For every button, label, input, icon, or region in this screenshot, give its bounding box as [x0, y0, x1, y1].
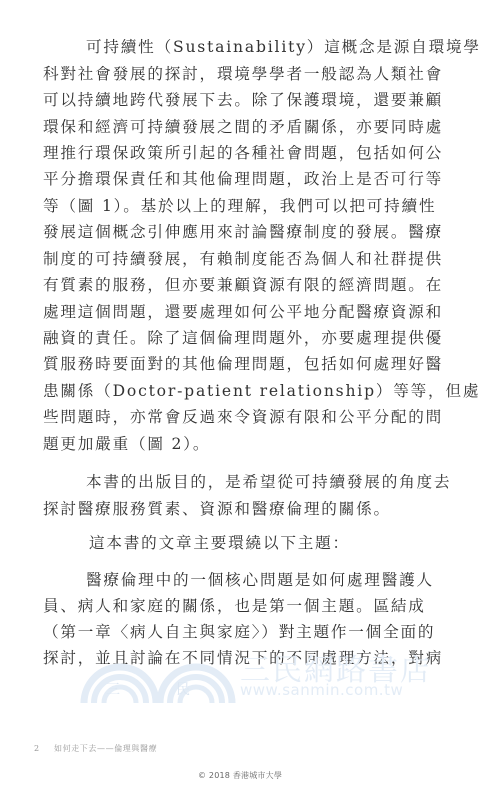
text-line: 員、病人和家庭的關係，也是第一個主題。區結成: [43, 596, 377, 616]
text-line: 質服務時要面對的其他倫理問題，包括如何處理好醫: [43, 354, 377, 374]
text-line: 環保和經濟可持續發展之間的矛盾關係，亦要同時處: [43, 117, 377, 137]
watermark-url: www.sanmin.com.tw: [240, 681, 403, 699]
text-line: 題更加嚴重（圖 2）。: [43, 434, 377, 454]
watermark-char-min: 民: [176, 679, 190, 699]
text-line: 些問題時，亦常會反過來令資源有限和公平分配的問: [43, 407, 377, 427]
page-number: 2: [34, 744, 54, 753]
watermark-char-san: 三: [106, 679, 120, 699]
text-line: 處理這個問題，還要處理如何公平地分配醫療資源和: [43, 302, 377, 322]
running-footer: 2如何走下去——倫理與醫療: [34, 743, 157, 754]
text-line: 有質素的服務，但亦要兼顧資源有限的經濟問題。在: [43, 275, 377, 295]
text-line: 可以持續地跨代發展下去。除了保護環境，還要兼顧: [43, 90, 377, 110]
text-line: 理推行環保政策所引起的各種社會問題，包括如何公: [43, 143, 377, 163]
text-line: 可持續性（Sustainability）這概念是源自環境學: [86, 37, 377, 57]
text-line: 等（圖 1）。基於以上的理解，我們可以把可持續性: [43, 196, 377, 216]
copyright-notice: © 2018 香港城市大學: [0, 770, 480, 781]
text-line: 患關係（Doctor-patient relationship）等等，但處理這: [43, 381, 377, 401]
text-line: 融資的責任。除了這個倫理問題外，亦要處理提供優: [43, 328, 377, 348]
text-line: 科對社會發展的探討，環境學學者一般認為人類社會: [43, 64, 377, 84]
text-line: 醫療倫理中的一個核心問題是如何處理醫護人: [86, 570, 377, 590]
text-line: 探討，並且討論在不同情況下的不同處理方法，對病: [43, 648, 377, 668]
book-page: 可持續性（Sustainability）這概念是源自環境學 科對社會發展的探討，…: [0, 0, 480, 800]
text-line: 這本書的文章主要環繞以下主題：: [89, 533, 423, 553]
text-line: 平分擔環保責任和其他倫理問題，政治上是否可行等: [43, 169, 377, 189]
text-line: 探討醫療服務質素、資源和醫療倫理的關係。: [43, 499, 377, 519]
text-line: （第一章〈病人自主與家庭〉）對主題作一個全面的: [43, 622, 377, 642]
text-line: 制度的可持續發展，有賴制度能否為個人和社群提供: [43, 249, 377, 269]
text-line: 本書的出版目的，是希望從可持續發展的角度去: [86, 472, 377, 492]
running-title: 如何走下去——倫理與醫療: [54, 744, 157, 753]
text-line: 發展這個概念引伸應用來討論醫療制度的發展。醫療: [43, 222, 377, 242]
